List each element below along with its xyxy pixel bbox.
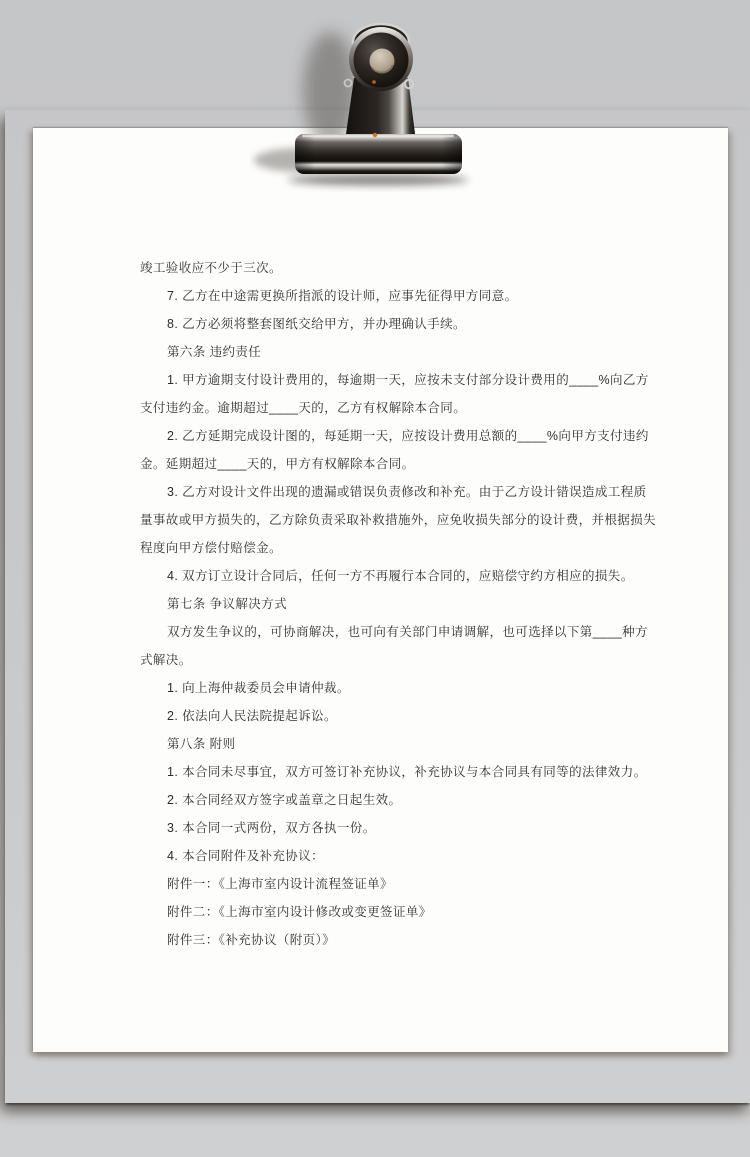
document-line: 3. 本合同一式两份，双方各执一份。 (140, 814, 622, 842)
clip-bar-shadow (288, 175, 468, 186)
section-heading: 第七条 争议解决方式 (140, 590, 622, 618)
document-line: 2. 依法向人民法院提起诉讼。 (140, 702, 622, 730)
document-line: 支付违约金。逾期超过____天的，乙方有权解除本合同。 (140, 394, 622, 422)
document-line: 式解决。 (140, 646, 622, 674)
section-heading: 第六条 违约责任 (140, 338, 622, 366)
document-line: 1. 甲方逾期支付设计费用的，每逾期一天，应按未支付部分设计费用的____%向乙… (140, 366, 622, 394)
attachment-line: 附件三：《补充协议（附页）》 (140, 926, 622, 954)
document-line: 3. 乙方对设计文件出现的遗漏或错误负责修改和补充。由于乙方设计错误造成工程质 (140, 478, 622, 506)
section-heading: 第八条 附则 (140, 730, 622, 758)
document-text: 竣工验收应不少于三次。 7. 乙方在中途需更换所指派的设计师，应事先征得甲方同意… (140, 254, 622, 954)
document-line: 1. 向上海仲裁委员会申请仲裁。 (140, 674, 622, 702)
attachment-line: 附件二：《上海市室内设计修改或变更签证单》 (140, 898, 622, 926)
document-line: 4. 本合同附件及补充协议： (140, 842, 622, 870)
document-line: 程度向甲方偿付赔偿金。 (140, 534, 622, 562)
document-line: 金。延期超过____天的，甲方有权解除本合同。 (140, 450, 622, 478)
binder-clip-icon (250, 8, 510, 198)
scene: 竣工验收应不少于三次。 7. 乙方在中途需更换所指派的设计师，应事先征得甲方同意… (0, 0, 750, 1157)
document-line: 2. 乙方延期完成设计图的，每延期一天，应按设计费用总额的____%向甲方支付违… (140, 422, 622, 450)
attachment-line: 附件一：《上海市室内设计流程签证单》 (140, 870, 622, 898)
document-line: 8. 乙方必须将整套图纸交给甲方，并办理确认手续。 (140, 310, 622, 338)
document-line: 2. 本合同经双方签字或盖章之日起生效。 (140, 786, 622, 814)
document-line: 双方发生争议的，可协商解决，也可向有关部门申请调解，也可选择以下第____种方 (140, 618, 622, 646)
document-line: 4. 双方订立设计合同后，任何一方不再履行本合同的，应赔偿守约方相应的损失。 (140, 562, 622, 590)
document-line: 1. 本合同未尽事宜，双方可签订补充协议，补充协议与本合同具有同等的法律效力。 (140, 758, 622, 786)
document-line: 竣工验收应不少于三次。 (140, 254, 622, 282)
document-line: 7. 乙方在中途需更换所指派的设计师，应事先征得甲方同意。 (140, 282, 622, 310)
document-line: 量事故或甲方损失的，乙方除负责采取补救措施外，应免收损失部分的设计费，并根据损失 (140, 506, 622, 534)
